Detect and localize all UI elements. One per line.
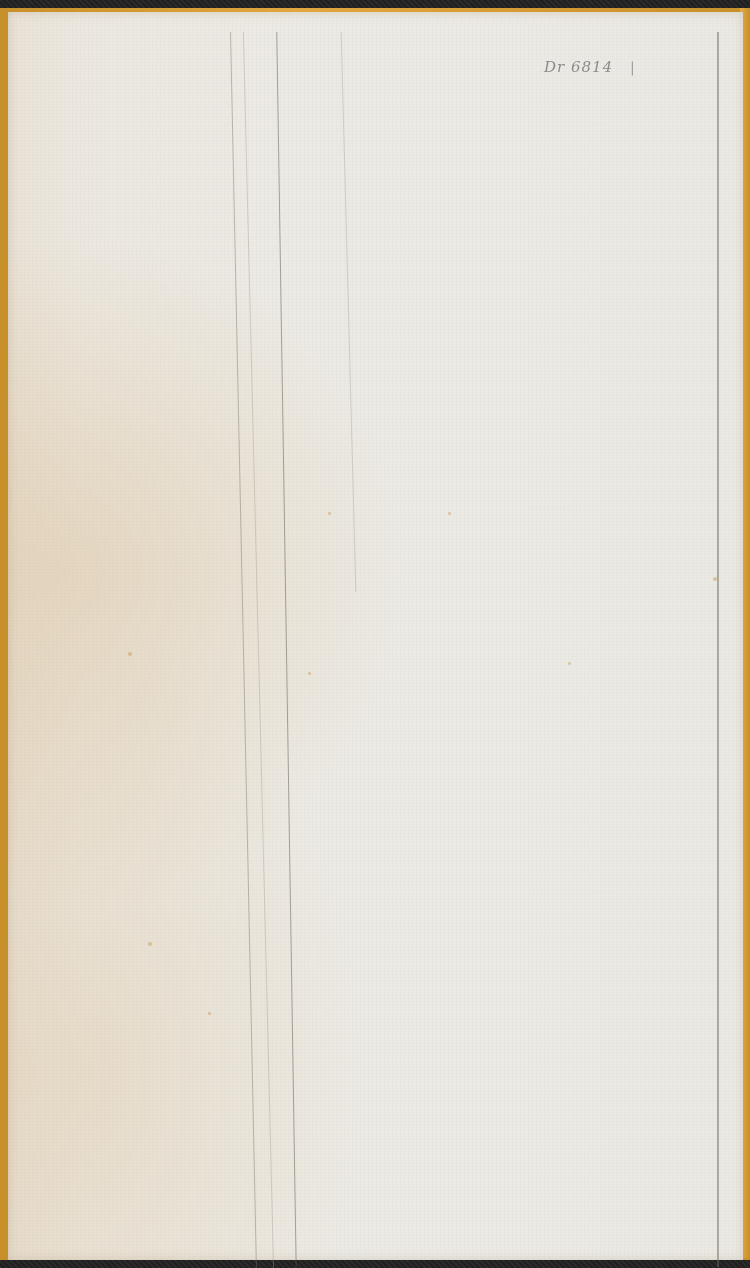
shelfmark-annotation: Dr 6814 — [544, 58, 613, 76]
page-edge-line — [717, 32, 719, 1267]
foxing-spot — [568, 662, 571, 665]
foxing-spot — [128, 652, 132, 656]
foxing-spot — [208, 1012, 211, 1015]
fold-crease — [230, 32, 257, 1268]
foxing-spot — [148, 942, 152, 946]
paper-leaf: Dr 6814 | — [8, 12, 743, 1260]
foxing-spot — [328, 512, 331, 515]
fold-crease — [276, 32, 296, 1268]
shelfmark-tick: | — [630, 60, 635, 76]
fold-crease — [243, 32, 274, 1268]
foxing-spot — [308, 672, 311, 675]
foxing-spot — [448, 512, 451, 515]
fold-crease — [341, 32, 357, 592]
foxing-spot — [713, 577, 717, 581]
